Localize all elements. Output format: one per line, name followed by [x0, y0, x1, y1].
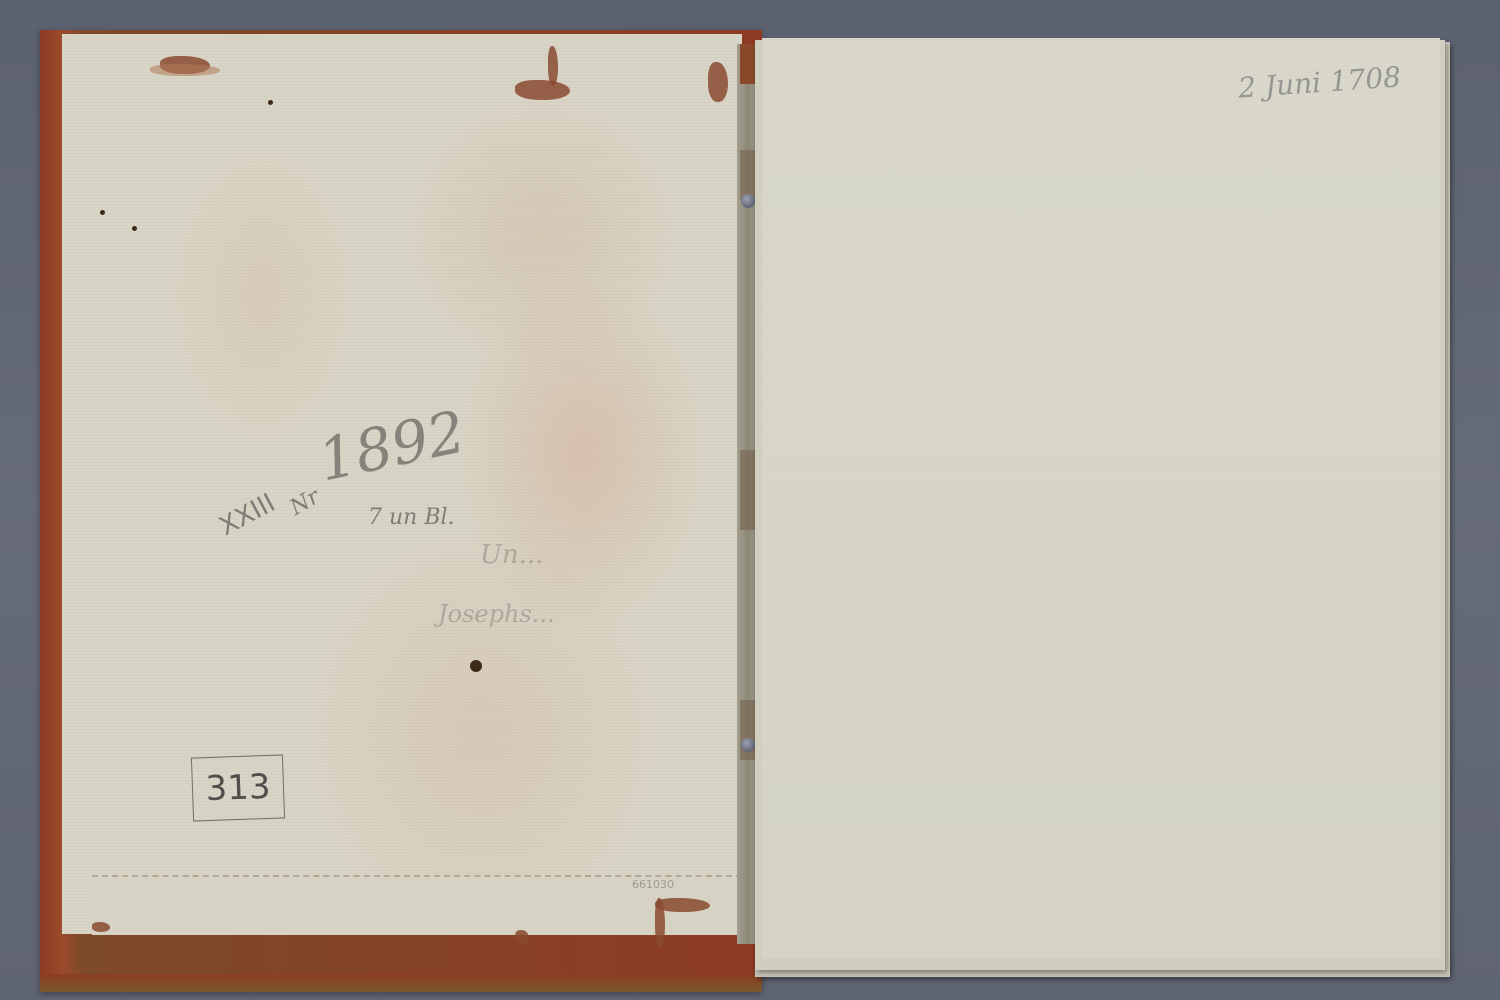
leaf-count-note: 7 un Bl.: [368, 505, 455, 530]
faint-pencil-line-2: Josephs...: [438, 600, 555, 628]
stain-bottom-left: [92, 922, 110, 932]
stain-bottom-mid: [515, 930, 529, 944]
ink-dot-3: [100, 210, 105, 215]
ink-dot-4: [132, 226, 137, 231]
faint-pencil-line-1: Un...: [480, 540, 543, 570]
ink-dot-2: [268, 100, 273, 105]
boxed-number: 313: [191, 754, 285, 821]
binding-stitch-2: [741, 738, 755, 752]
ink-dot-1: [470, 660, 482, 672]
book-photo: 2 Juni 1708 XXIII Nr 1892 7 un Bl. Un...…: [0, 0, 1500, 1000]
stain-top-left-light: [150, 64, 220, 76]
stain-top-right: [708, 62, 728, 102]
stain-top-center: [515, 80, 570, 100]
inventory-stamp: 661030: [632, 878, 674, 891]
binding-stitch-1: [741, 194, 755, 208]
left-endpaper: [62, 34, 742, 934]
stain-top-center-vertical: [548, 46, 558, 86]
stain-bottom-right-vertical: [655, 898, 665, 948]
boxed-number-text: 313: [205, 767, 271, 809]
right-leaf: [762, 38, 1440, 958]
